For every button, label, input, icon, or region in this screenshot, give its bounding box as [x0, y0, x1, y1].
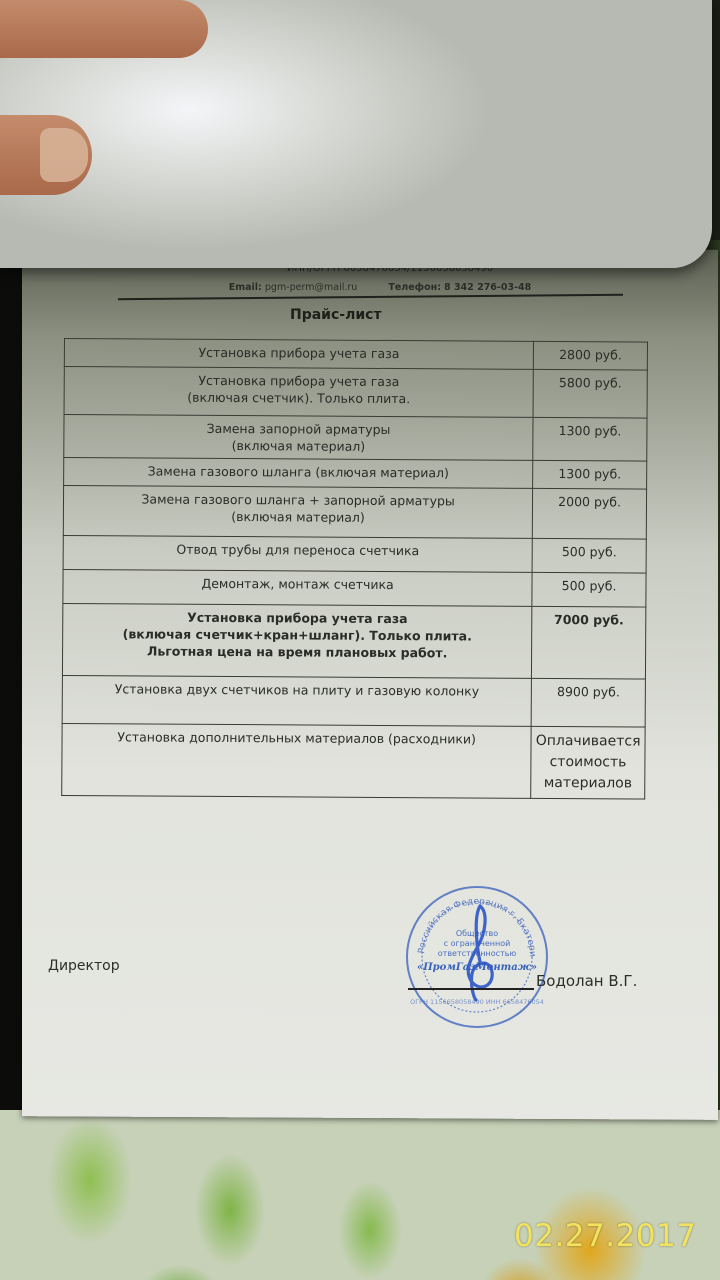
phone-block: Телефон: 8 342 276-03-48: [388, 282, 531, 293]
price-row: Установка прибора учета газа(включая сче…: [62, 603, 645, 679]
phone-value: 8 342 276-03-48: [444, 282, 531, 293]
service-price: 8900 руб.: [531, 678, 645, 727]
signer-name: Бодолан В.Г.: [536, 972, 637, 990]
signature-line: [408, 988, 534, 990]
service-price: 1300 руб.: [533, 460, 647, 489]
contacts-line: Email: pgm-perm@mail.ru Телефон: 8 342 2…: [20, 282, 720, 293]
thumbnail: [40, 128, 88, 182]
email-label: Email:: [229, 282, 262, 293]
service-price: 7000 руб.: [532, 606, 646, 679]
price-row: Установка прибора учета газа2800 руб.: [64, 339, 647, 371]
service-price: 2800 руб.: [534, 341, 648, 370]
service-price: 500 руб.: [532, 538, 646, 573]
price-row: Замена газового шланга + запорной армату…: [63, 486, 646, 540]
service-price: 1300 руб.: [533, 417, 647, 461]
email-value: pgm-perm@mail.ru: [265, 282, 357, 293]
price-table: Установка прибора учета газа2800 руб.Уст…: [61, 338, 648, 800]
phone-label: Телефон:: [388, 282, 441, 293]
service-name: Установка прибора учета газа(включая сче…: [64, 367, 533, 418]
finger-top: [0, 0, 208, 58]
service-name: Замена газового шланга + запорной армату…: [63, 486, 532, 539]
service-name: Установка дополнительных материалов (рас…: [62, 723, 532, 798]
price-row: Установка дополнительных материалов (рас…: [62, 723, 645, 799]
price-row: Установка двух счетчиков на плиту и газо…: [62, 675, 645, 727]
service-price: Оплачивается стоимость материалов: [531, 726, 645, 799]
director-label: Директор: [48, 958, 120, 974]
service-name: Отвод трубы для переноса счетчика: [63, 535, 532, 572]
price-row: Замена запорной арматуры(включая материа…: [64, 415, 647, 462]
signature-scribble-icon: [450, 902, 510, 1002]
price-row: Отвод трубы для переноса счетчика500 руб…: [63, 535, 646, 573]
service-name: Замена газового шланга (включая материал…: [64, 458, 533, 489]
service-price: 500 руб.: [532, 572, 646, 607]
service-name: Установка прибора учета газа: [64, 339, 533, 370]
photo-date-overlay: 02.27.2017: [514, 1218, 697, 1254]
price-row: Замена газового шланга (включая материал…: [64, 458, 647, 490]
service-name: Демонтаж, монтаж счетчика: [63, 569, 532, 606]
service-price: 5800 руб.: [533, 369, 647, 418]
service-name: Замена запорной арматуры(включая материа…: [64, 415, 533, 461]
service-name: Установка прибора учета газа(включая сче…: [62, 603, 532, 678]
service-name: Установка двух счетчиков на плиту и газо…: [62, 675, 531, 726]
document-title: Прайс-лист: [290, 307, 382, 323]
email-block: Email: pgm-perm@mail.ru: [229, 282, 358, 293]
price-row: Установка прибора учета газа(включая сче…: [64, 367, 647, 419]
price-row: Демонтаж, монтаж счетчика500 руб.: [63, 569, 646, 607]
service-price: 2000 руб.: [532, 488, 646, 539]
